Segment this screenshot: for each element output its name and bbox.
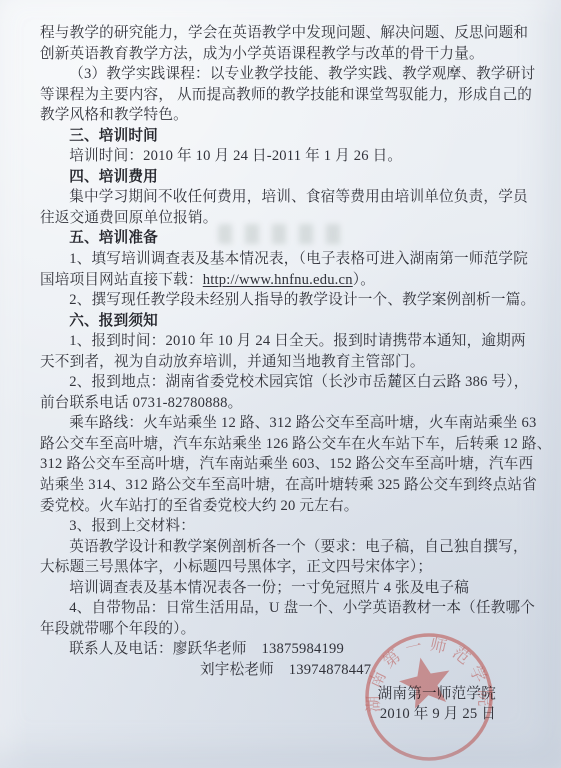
printed-website-url: http://www.hnfnu.edu.cn bbox=[203, 272, 353, 288]
doc-line: 等课程为主要内容， 从而提高教师的教学技能和课堂驾驭能力，形成自己的 bbox=[40, 85, 523, 106]
official-red-seal: 湖南第一师范学院 bbox=[358, 626, 500, 768]
doc-line: 教学风格和教学特色。 bbox=[40, 105, 523, 126]
doc-line: 程与教学的研究能力，学会在英语教学中发现问题、解决问题、反思问题和 bbox=[40, 23, 523, 44]
doc-line: 天不到者，视为自动放弃培训，并通知当地教育主管部门。 bbox=[40, 352, 523, 373]
document-body: 程与教学的研究能力，学会在英语教学中发现问题、解决问题、反思问题和 创新英语教育… bbox=[40, 23, 523, 725]
doc-line: 培训调查表及基本情况表各一份；一寸免冠照片 4 张及电子稿 bbox=[40, 578, 523, 599]
doc-line: 1、报到时间：2010 年 10 月 24 日全天。报到时请携带本通知，逾期两 bbox=[40, 331, 523, 352]
doc-line: 乘车路线：火车站乘坐 12 路、312 路公交车至高叶塘，火车南站乘坐 63 bbox=[40, 413, 523, 434]
doc-line-with-url: 国培项目网站直接下载：http://www.hnfnu.edu.cn）。 bbox=[40, 270, 523, 291]
doc-line: 1、填写培训调查表及基本情况表，（电子表格可进入湖南第一师范学院 bbox=[40, 249, 523, 270]
doc-line: 前台联系电话 0731-82780888。 bbox=[40, 393, 523, 414]
doc-line: 英语教学设计和教学案例剖析各一个（要求：电子稿，自己独自撰写， bbox=[40, 537, 523, 558]
doc-line: 培训时间：2010 年 10 月 24 日-2011 年 1 月 26 日。 bbox=[40, 146, 523, 167]
doc-line: 312 路公交车至高叶塘，汽车南站乘坐 603、152 路公交车至高叶塘，汽车西 bbox=[40, 454, 523, 475]
doc-line: 委党校。火车站打的至省委党校大约 20 元左右。 bbox=[40, 496, 523, 517]
doc-line: 3、报到上交材料： bbox=[40, 516, 523, 537]
doc-line: 2、报到地点：湖南省委党校术园宾馆（长沙市岳麓区白云路 386 号）， bbox=[40, 372, 523, 393]
doc-line: 站乘坐 314、312 路公交车至高叶塘，在高叶塘转乘 325 路公交车到终点站… bbox=[40, 475, 523, 496]
doc-line: 创新英语教育教学方法，成为小学英语课程教学与改革的骨干力量。 bbox=[40, 44, 523, 65]
heading-registration-notes: 六、报到须知 bbox=[40, 311, 523, 332]
doc-line: 大标题三号黑体字，小标题四号黑体字，正文四号宋体字）； bbox=[40, 557, 523, 578]
heading-training-fee: 四、培训费用 bbox=[40, 167, 523, 188]
url-suffix-text: ）。 bbox=[353, 272, 375, 288]
doc-line: 4、自带物品：日常生活用品，U 盘一个、小学英语教材一本（任教哪个 bbox=[40, 598, 523, 619]
url-prefix-text: 国培项目网站直接下载： bbox=[40, 272, 203, 288]
scanned-document-page: 程与教学的研究能力，学会在英语教学中发现问题、解决问题、反思问题和 创新英语教育… bbox=[0, 0, 561, 768]
doc-line: 集中学习期间不收任何费用，培训、食宿等费用由培训单位负责，学员 bbox=[40, 187, 523, 208]
heading-training-preparation: 五、培训准备 bbox=[40, 228, 523, 249]
doc-line: （3）教学实践课程：以专业教学技能、教学实践、教学观摩、教学研讨 bbox=[40, 64, 523, 85]
doc-line: 路公交车至高叶塘，汽车东站乘坐 126 路公交车在火车站下车，后转乘 12 路、 bbox=[40, 434, 523, 455]
doc-line: 2、撰写现任教学段未经别人指导的教学设计一个、教学案例剖析一篇。 bbox=[40, 290, 523, 311]
doc-line: 往返交通费回原单位报销。 bbox=[40, 208, 523, 229]
heading-training-time: 三、培训时间 bbox=[40, 126, 523, 147]
